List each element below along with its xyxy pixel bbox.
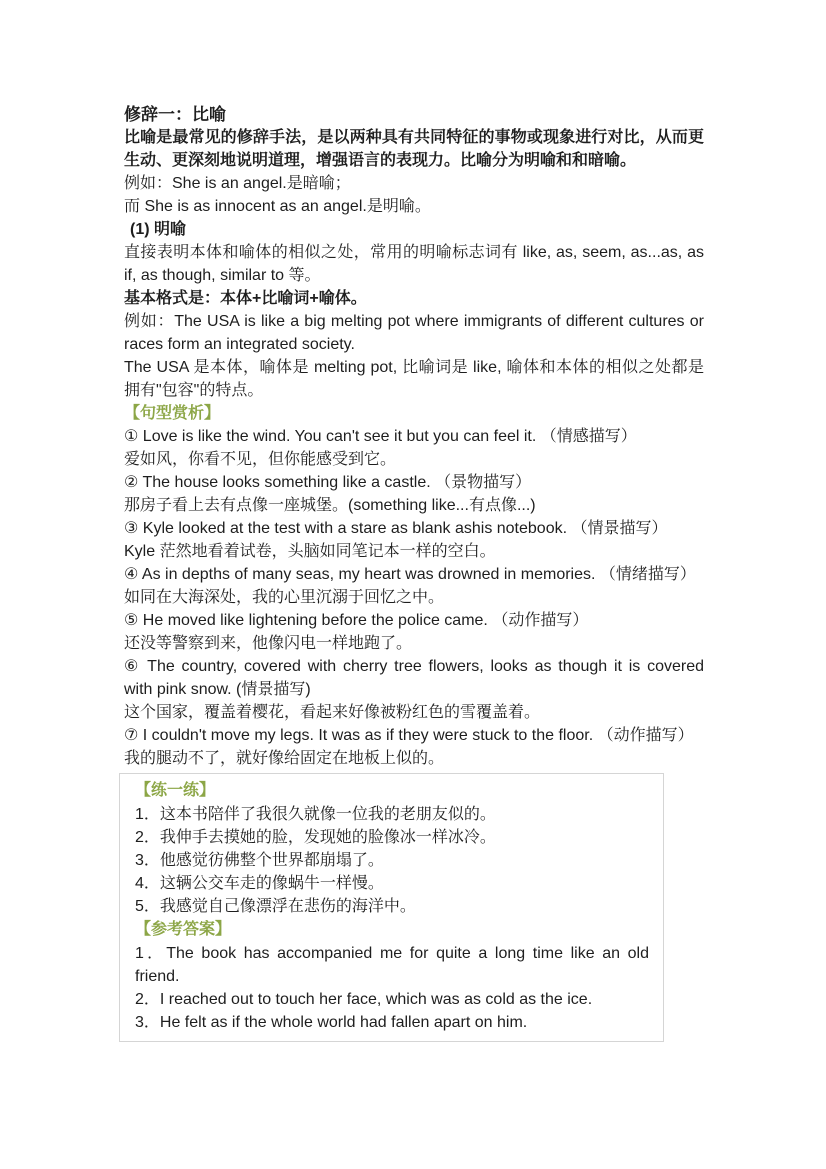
document-page: 修辞一：比喻比喻是最常见的修辞手法，是以两种具有共同特征的事物或现象进行对比，从… (0, 0, 826, 1169)
format-line: 基本格式是：本体+比喻词+喻体。 (124, 287, 704, 310)
example-sentence: ② The house looks something like a castl… (124, 471, 704, 494)
box-item: 2．I reached out to touch her face, which… (135, 988, 649, 1011)
section-heading-appreciation: 【句型赏析】 (124, 402, 704, 425)
explanation-line: The USA 是本体，喻体是 melting pot, 比喻词是 like, … (124, 356, 704, 402)
example-line: 而 She is as innocent as an angel.是明喻。 (124, 195, 704, 218)
example-sentence: ③ Kyle looked at the test with a stare a… (124, 517, 704, 540)
box-item: 3．He felt as if the whole world had fall… (135, 1011, 649, 1034)
practice-box: 【练一练】1．这本书陪伴了我很久就像一位我的老朋友似的。2．我伸手去摸她的脸，发… (119, 773, 664, 1042)
example-line: 例如：She is an angel.是暗喻； (124, 172, 704, 195)
box-item: 5．我感觉自己像漂浮在悲伤的海洋中。 (135, 895, 649, 918)
example-sentence: ① Love is like the wind. You can't see i… (124, 425, 704, 448)
intro-paragraph: 比喻是最常见的修辞手法，是以两种具有共同特征的事物或现象进行对比，从而更生动、更… (124, 126, 704, 172)
box-section-heading: 【练一练】 (135, 779, 649, 802)
translation-line: 如同在大海深处，我的心里沉溺于回忆之中。 (124, 586, 704, 609)
example-sentence: 例如：The USA is like a big melting pot whe… (124, 310, 704, 356)
example-sentence: ⑥ The country, covered with cherry tree … (124, 655, 704, 701)
subsection-heading: (1) 明喻 (124, 218, 704, 241)
example-sentence: ⑦ I couldn't move my legs. It was as if … (124, 724, 704, 747)
translation-line: Kyle 茫然地看着试卷，头脑如同笔记本一样的空白。 (124, 540, 704, 563)
box-item: 3．他感觉彷佛整个世界都崩塌了。 (135, 849, 649, 872)
box-item: 1．这本书陪伴了我很久就像一位我的老朋友似的。 (135, 803, 649, 826)
example-sentence: ④ As in depths of many seas, my heart wa… (124, 563, 704, 586)
box-item: 2．我伸手去摸她的脸，发现她的脸像冰一样冰冷。 (135, 826, 649, 849)
example-sentence: ⑤ He moved like lightening before the po… (124, 609, 704, 632)
document-body: 修辞一：比喻比喻是最常见的修辞手法，是以两种具有共同特征的事物或现象进行对比，从… (124, 103, 704, 1042)
translation-line: 那房子看上去有点像一座城堡。(something like...有点像...) (124, 494, 704, 517)
translation-line: 还没等警察到来，他像闪电一样地跑了。 (124, 632, 704, 655)
body-paragraph: 直接表明本体和喻体的相似之处，常用的明喻标志词有 like, as, seem,… (124, 241, 704, 287)
box-item: 1．The book has accompanied me for quite … (135, 942, 649, 988)
doc-title: 修辞一：比喻 (124, 103, 704, 126)
translation-line: 爱如风，你看不见，但你能感受到它。 (124, 448, 704, 471)
translation-line: 我的腿动不了，就好像给固定在地板上似的。 (124, 747, 704, 770)
translation-line: 这个国家，覆盖着樱花，看起来好像被粉红色的雪覆盖着。 (124, 701, 704, 724)
box-item: 4．这辆公交车走的像蜗牛一样慢。 (135, 872, 649, 895)
box-section-heading: 【参考答案】 (135, 918, 649, 941)
